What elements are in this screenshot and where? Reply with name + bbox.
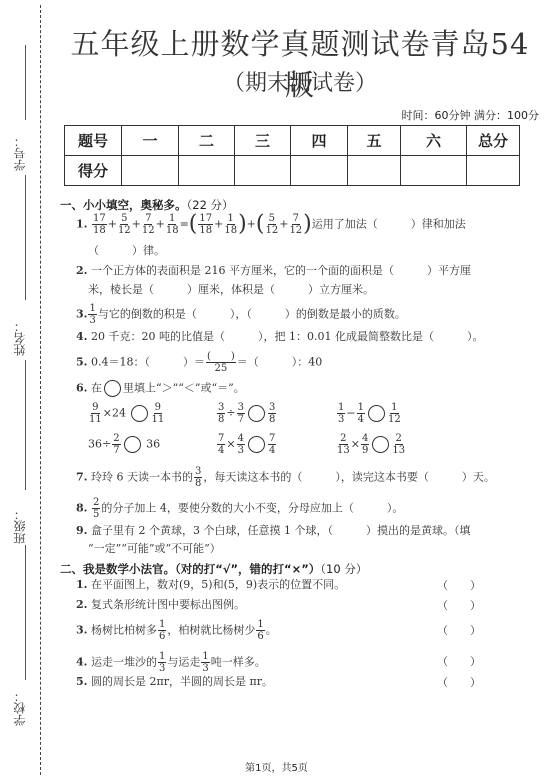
question-2[interactable]: 2. 一个正方体的表面积是 216 平方厘米，它的一个面的面积是（ ）平方厘: [76, 263, 471, 279]
score-input[interactable]: [122, 156, 179, 186]
binding-margin: 学号： 姓名： 班级： 学校：: [0, 0, 48, 782]
table-row-score: 得分: [65, 156, 520, 186]
table-cell: 得分: [65, 156, 122, 186]
student-name-line[interactable]: [25, 175, 26, 300]
question-4[interactable]: 4. 20 千克：20 吨的比值是（ ），把 1：0.01 化成最简整数比是（ …: [76, 329, 483, 345]
question-6: 6. 在里填上“＞”“＜”或“＝”。: [76, 380, 245, 397]
question-3[interactable]: 3.13与它的倒数的积是（ ），（ ）的倒数是最小的质数。: [76, 303, 406, 326]
student-id-line[interactable]: [25, 45, 26, 120]
table-cell: 四: [291, 126, 348, 156]
score-input[interactable]: [467, 156, 520, 186]
question-5[interactable]: 5. 0.4＝18：（ ）＝( )25＝（ ）：40: [76, 351, 322, 374]
class-line[interactable]: [25, 360, 26, 490]
question-8[interactable]: 8. 25的分子加上 4，要使分数的大小不变，分母应加上（ ）。: [76, 497, 403, 520]
judge-answer-3[interactable]: （ ）: [437, 622, 481, 638]
score-input[interactable]: [401, 156, 467, 186]
answer-circle: [124, 436, 141, 453]
time-info: 时间：60分钟 满分：100分: [402, 107, 540, 123]
table-cell: 题号: [65, 126, 122, 156]
score-table: 题号 一 二 三 四 五 六 总分 得分: [64, 125, 520, 186]
answer-circle: [131, 405, 148, 422]
score-input[interactable]: [235, 156, 291, 186]
table-row-header: 题号 一 二 三 四 五 六 总分: [65, 126, 520, 156]
comparison-4[interactable]: 36÷27 36: [88, 433, 160, 456]
judge-item-4: 4. 运走一堆沙的13与运走13吨一样多。: [76, 651, 266, 674]
student-id-label: 学号：: [11, 135, 28, 171]
comparison-2[interactable]: 38÷3738: [216, 402, 277, 425]
score-input[interactable]: [179, 156, 235, 186]
section-1-heading: 一、小小填空，奥秘多。（22 分）: [60, 197, 234, 213]
student-name-label: 姓名：: [11, 320, 28, 356]
answer-circle: [248, 436, 265, 453]
comparison-5[interactable]: 74×4374: [216, 433, 277, 456]
score-input[interactable]: [291, 156, 348, 186]
judge-answer-2[interactable]: （ ）: [437, 597, 481, 613]
table-cell: 总分: [467, 126, 520, 156]
table-cell: 三: [235, 126, 291, 156]
page-number: 第1页，共5页: [0, 759, 553, 774]
question-2-line2[interactable]: 米，棱长是（ ）厘米，体积是（ ）立方厘米。: [88, 282, 374, 298]
question-9-line2: “一定”“可能”或“不可能”）: [88, 541, 221, 557]
school-label: 学校：: [11, 690, 28, 726]
judge-answer-1[interactable]: （ ）: [437, 577, 481, 593]
cut-line: [40, 5, 41, 775]
school-line[interactable]: [25, 545, 26, 680]
answer-circle: [372, 436, 389, 453]
score-input[interactable]: [348, 156, 401, 186]
judge-answer-4[interactable]: （ ）: [437, 653, 481, 669]
question-1: 1. 1718+512+712+118=(1718+118)+(512+712)…: [76, 213, 466, 236]
comparison-3[interactable]: 13−14112: [336, 402, 402, 425]
question-9[interactable]: 9. 盒子里有 2 个黄球，3 个白球，任意摸 1 个球，（ ）摸出的是黄球。（…: [76, 523, 470, 539]
judge-item-2: 2. 复式条形统计图中要标出图例。: [76, 597, 245, 613]
answer-circle: [248, 405, 265, 422]
page-subtitle: （期末测试卷）: [60, 66, 540, 97]
table-cell: 二: [179, 126, 235, 156]
circle-icon: [104, 380, 121, 397]
question-1-line2[interactable]: （ ）律。: [88, 243, 165, 259]
comparison-6[interactable]: 213×49213: [336, 433, 406, 456]
table-cell: 六: [401, 126, 467, 156]
answer-circle: [368, 405, 385, 422]
section-2-heading: 二、我是数学小法官。（对的打“√”，错的打“×”）（10 分）: [60, 561, 367, 577]
judge-item-1: 1. 在平面图上，数对(9，5)和(5，9)表示的位置不同。: [76, 577, 345, 593]
judge-item-3: 3. 杨树比柏树多16，柏树就比杨树少16。: [76, 619, 277, 642]
table-cell: 一: [122, 126, 179, 156]
judge-item-5: 5. 圆的周长是 2πr，半圆的周长是 πr。: [76, 674, 273, 690]
table-cell: 五: [348, 126, 401, 156]
question-7[interactable]: 7. 玲玲 6 天读一本书的38，每天读这本书的（ ），读完这本书要（ ）天。: [76, 466, 495, 489]
comparison-1[interactable]: 911×24 911: [88, 402, 165, 425]
class-label: 班级：: [11, 508, 28, 544]
judge-answer-5[interactable]: （ ）: [437, 674, 481, 690]
